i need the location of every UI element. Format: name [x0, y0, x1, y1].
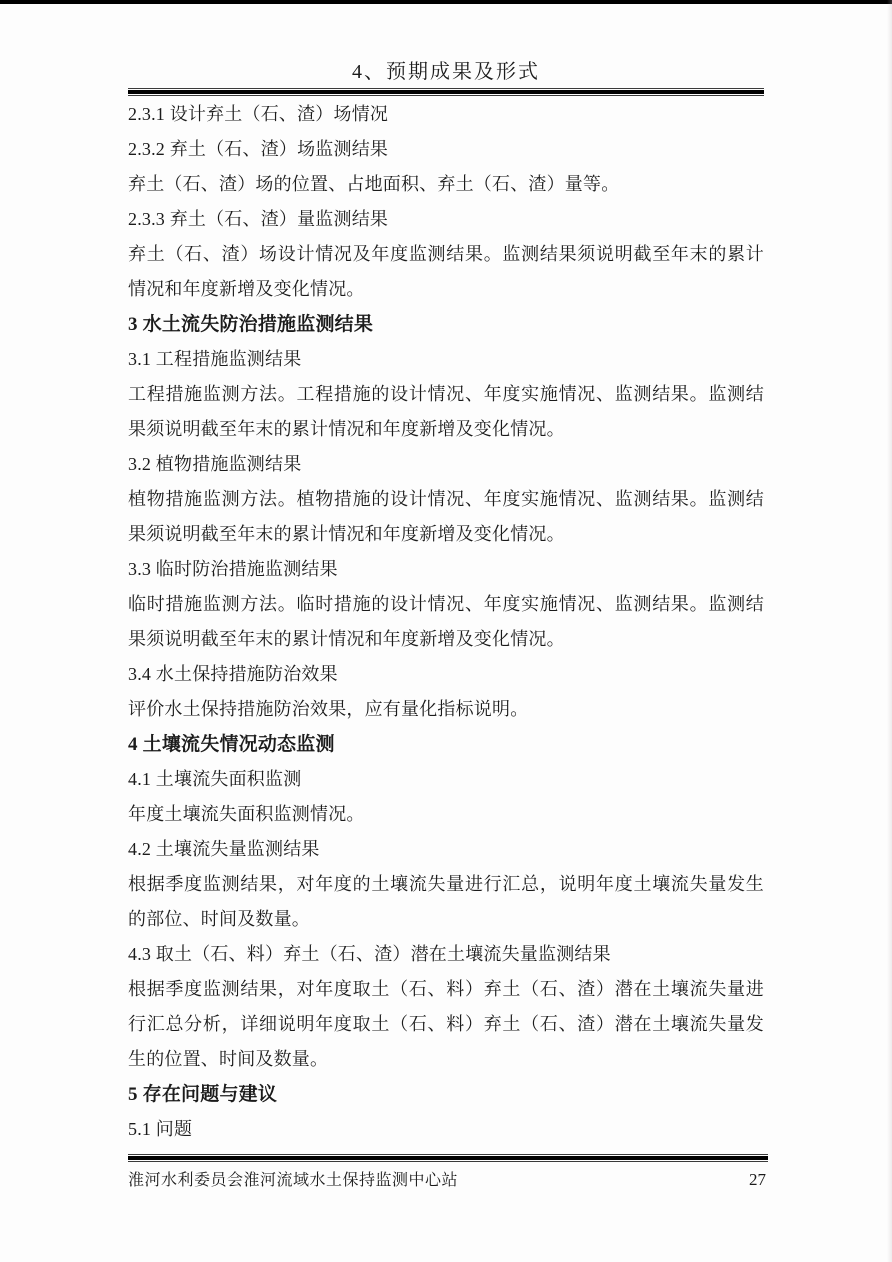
document-column: 4、预期成果及形式 2.3.1 设计弃土（石、渣）场情况2.3.2 弃土（石、渣… [128, 0, 764, 1147]
page-header-title: 4、预期成果及形式 [128, 0, 764, 85]
body-paragraph: 工程措施监测方法。工程措施的设计情况、年度实施情况、监测结果。监测结果须说明截至… [128, 377, 764, 447]
page-footer: 淮河水利委员会淮河流域水土保持监测中心站 27 [128, 1151, 768, 1190]
body-paragraph: 弃土（石、渣）场设计情况及年度监测结果。监测结果须说明截至年末的累计情况和年度新… [128, 237, 764, 307]
subsection-heading: 4.3 取土（石、料）弃土（石、渣）潜在土壤流失量监测结果 [128, 937, 764, 972]
section-heading: 3 水土流失防治措施监测结果 [128, 307, 764, 342]
document-body: 2.3.1 设计弃土（石、渣）场情况2.3.2 弃土（石、渣）场监测结果弃土（石… [128, 97, 764, 1147]
subsection-heading: 3.1 工程措施监测结果 [128, 342, 764, 377]
footer-rule [128, 1154, 768, 1162]
subsection-heading: 4.2 土壤流失量监测结果 [128, 832, 764, 867]
body-paragraph: 评价水土保持措施防治效果，应有量化指标说明。 [128, 692, 764, 727]
subsection-heading: 5.1 问题 [128, 1112, 764, 1147]
subsection-heading: 3.4 水土保持措施防治效果 [128, 657, 764, 692]
subsection-heading: 2.3.3 弃土（石、渣）量监测结果 [128, 202, 764, 237]
subsection-heading: 3.3 临时防治措施监测结果 [128, 552, 764, 587]
body-paragraph: 根据季度监测结果，对年度的土壤流失量进行汇总，说明年度土壤流失量发生的部位、时间… [128, 867, 764, 937]
document-page: 4、预期成果及形式 2.3.1 设计弃土（石、渣）场情况2.3.2 弃土（石、渣… [0, 0, 892, 1262]
body-paragraph: 根据季度监测结果，对年度取土（石、料）弃土（石、渣）潜在土壤流失量进行汇总分析，… [128, 972, 764, 1077]
body-paragraph: 植物措施监测方法。植物措施的设计情况、年度实施情况、监测结果。监测结果须说明截至… [128, 482, 764, 552]
section-heading: 4 土壤流失情况动态监测 [128, 727, 764, 762]
body-paragraph: 年度土壤流失面积监测情况。 [128, 797, 764, 832]
subsection-heading: 2.3.2 弃土（石、渣）场监测结果 [128, 132, 764, 167]
subsection-heading: 4.1 土壤流失面积监测 [128, 762, 764, 797]
scan-right-edge [887, 0, 892, 1262]
footer-organization: 淮河水利委员会淮河流域水土保持监测中心站 [128, 1167, 458, 1190]
body-paragraph: 临时措施监测方法。临时措施的设计情况、年度实施情况、监测结果。监测结果须说明截至… [128, 587, 764, 657]
subsection-heading: 2.3.1 设计弃土（石、渣）场情况 [128, 97, 764, 132]
subsection-heading: 3.2 植物措施监测结果 [128, 447, 764, 482]
header-rule [128, 88, 764, 96]
page-number: 27 [749, 1170, 768, 1190]
section-heading: 5 存在问题与建议 [128, 1077, 764, 1112]
body-paragraph: 弃土（石、渣）场的位置、占地面积、弃土（石、渣）量等。 [128, 167, 764, 202]
